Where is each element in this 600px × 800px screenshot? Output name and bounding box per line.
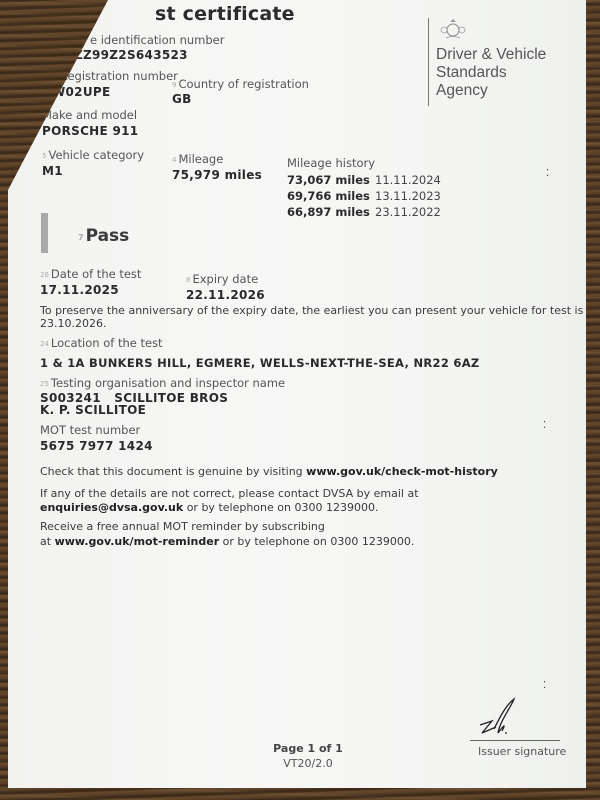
- field-number: 26: [40, 271, 49, 279]
- reminder-prefix: at: [40, 535, 55, 548]
- test-date-label: 26Date of the test: [40, 267, 141, 281]
- mileage-history-row: 73,067 miles11.11.2024: [287, 172, 441, 188]
- agency-name-line3: Agency: [436, 82, 546, 100]
- mileage-label-text: Mileage: [178, 152, 223, 166]
- mot-number-value: 5675 7977 1424: [40, 439, 153, 453]
- field-number: 9: [172, 81, 176, 89]
- history-miles: 73,067 miles: [287, 172, 375, 188]
- mileage-value: 75,979 miles: [172, 168, 262, 182]
- contact-notice-line1: If any of the details are not correct, p…: [40, 487, 419, 500]
- category-label-text: Vehicle category: [48, 148, 144, 162]
- dvsa-logo: Driver & Vehicle Standards Agency: [428, 18, 546, 106]
- vin-value: ZZ99Z2S643523: [74, 48, 188, 62]
- certificate-title: st certificate: [155, 3, 295, 25]
- make-model-label: Make and model: [42, 108, 137, 122]
- check-genuine-notice: Check that this document is genuine by v…: [40, 465, 498, 478]
- result-status: 7Pass: [78, 226, 129, 246]
- mot-certificate-paper: st certificate Driver & Vehicle Standard…: [8, 0, 586, 788]
- inspector-value: K. P. SCILLITOE: [40, 403, 146, 417]
- test-date-label-text: Date of the test: [51, 267, 142, 281]
- mileage-label: 4Mileage: [172, 152, 223, 166]
- history-date: 13.11.2023: [375, 189, 441, 203]
- reminder-rest: or by telephone on 0300 1239000.: [219, 535, 414, 548]
- make-model-value: PORSCHE 911: [42, 124, 138, 138]
- form-version: VT20/2.0: [268, 757, 348, 770]
- result-status-text: Pass: [86, 226, 130, 246]
- mileage-history-list: 73,067 miles11.11.2024 69,766 miles13.11…: [287, 172, 441, 220]
- country-label: 9Country of registration: [172, 77, 309, 91]
- history-date: 11.11.2024: [375, 173, 441, 187]
- field-number: 5: [42, 152, 46, 160]
- anniversary-notice-line1: To preserve the anniversary of the expir…: [40, 304, 583, 317]
- printer-mark: ⁚: [546, 168, 549, 179]
- check-text: Check that this document is genuine by v…: [40, 465, 306, 478]
- signature-line: [470, 740, 560, 741]
- royal-crest-icon: [438, 18, 468, 40]
- expiry-date-label-text: Expiry date: [192, 272, 258, 286]
- result-status-bar: [41, 213, 48, 253]
- history-miles: 69,766 miles: [287, 188, 375, 204]
- history-miles: 66,897 miles: [287, 204, 375, 220]
- org-label-text: Testing organisation and inspector name: [51, 376, 285, 390]
- country-value: GB: [172, 92, 192, 106]
- contact-rest: or by telephone on 0300 1239000.: [183, 501, 378, 514]
- location-value: 1 & 1A BUNKERS HILL, EGMERE, WELLS-NEXT-…: [40, 356, 480, 370]
- category-label: 5Vehicle category: [42, 148, 144, 162]
- agency-name-line1: Driver & Vehicle: [436, 46, 546, 64]
- page-number: Page 1 of 1: [268, 742, 348, 755]
- history-date: 23.11.2022: [375, 205, 441, 219]
- mileage-history-label: Mileage history: [287, 156, 375, 170]
- field-number: 7: [78, 233, 84, 242]
- country-label-text: Country of registration: [178, 77, 308, 91]
- agency-name-line2: Standards: [436, 64, 546, 82]
- registration-value: W02UPE: [52, 85, 110, 99]
- field-number: 4: [172, 156, 176, 164]
- reminder-notice-line2: at www.gov.uk/mot-reminder or by telepho…: [40, 535, 414, 548]
- field-number: 24: [40, 340, 49, 348]
- dvsa-email-link[interactable]: enquiries@dvsa.gov.uk: [40, 501, 183, 514]
- contact-notice-line2: enquiries@dvsa.gov.uk or by telephone on…: [40, 501, 378, 514]
- mot-reminder-link[interactable]: www.gov.uk/mot-reminder: [55, 535, 220, 548]
- mileage-history-row: 69,766 miles13.11.2023: [287, 188, 441, 204]
- field-number: 8: [186, 276, 190, 284]
- field-number: 25: [40, 380, 49, 388]
- printer-mark: ⁚: [543, 680, 546, 691]
- mileage-history-row: 66,897 miles23.11.2022: [287, 204, 441, 220]
- expiry-date-value: 22.11.2026: [186, 288, 265, 302]
- category-value: M1: [42, 164, 63, 178]
- test-date-value: 17.11.2025: [40, 283, 119, 297]
- check-mot-history-link[interactable]: www.gov.uk/check-mot-history: [306, 465, 498, 478]
- mot-number-label: MOT test number: [40, 423, 140, 437]
- registration-label: Registration number: [60, 69, 178, 83]
- vin-label: e identification number: [90, 33, 224, 47]
- issuer-signature-icon: [470, 695, 530, 739]
- printer-mark: ⁚: [543, 420, 546, 431]
- reminder-notice-line1: Receive a free annual MOT reminder by su…: [40, 520, 325, 533]
- location-label-text: Location of the test: [51, 336, 163, 350]
- org-label: 25Testing organisation and inspector nam…: [40, 376, 285, 390]
- signature-label: Issuer signature: [478, 745, 566, 758]
- location-label: 24Location of the test: [40, 336, 163, 350]
- expiry-date-label: 8Expiry date: [186, 272, 258, 286]
- anniversary-notice-line2: 23.10.2026.: [40, 317, 106, 330]
